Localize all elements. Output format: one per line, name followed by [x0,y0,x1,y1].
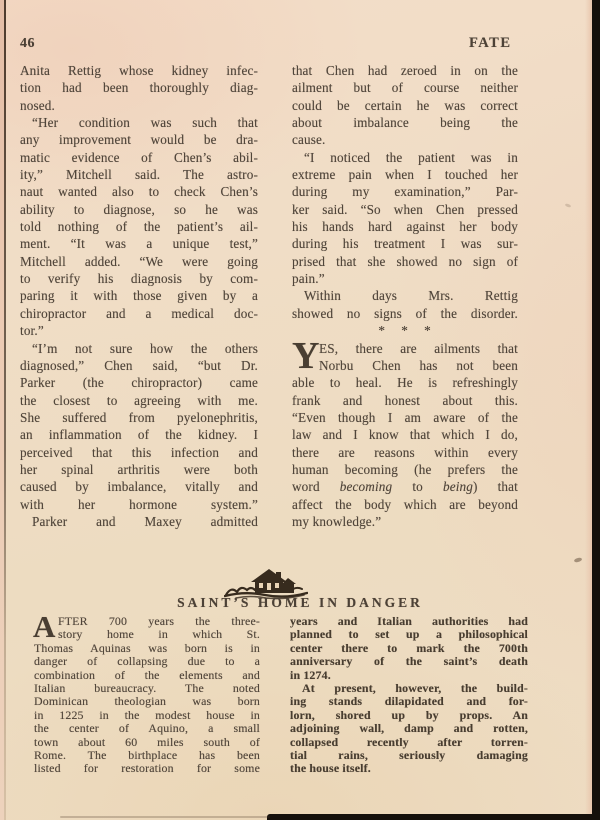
text-line: “I noticed the patient was in [292,149,518,166]
text-line: nosed. [20,97,258,114]
text-line: She suffered from pyelonephritis, [20,409,258,426]
text-line: adjoining wall, damp and rotten, [290,722,528,735]
text-line: center there to mark the 700th [290,642,528,655]
article-column-left: Anita Rettig whose kidney infec-tion had… [20,62,258,530]
text-line: lorn, shored up by props. An [290,709,528,722]
text-line: in 1274. [290,669,528,682]
text-line: caused by imbalance, vitally and [20,478,258,495]
text-line: about imbalance being the [292,114,518,131]
text-line: Dominican theologian was born [34,695,260,708]
paper-speck [565,203,572,208]
text-line: ing stands dilapidated and for- [290,695,528,708]
text-line: years and Italian authorities had [290,615,528,628]
text-line: chiropractor and a medical doc- [20,305,258,322]
text-line: collapsed recently after torren- [290,736,528,749]
dropcap-letter-a: A [33,612,56,642]
text-line: able to heal. He is refreshingly [292,374,518,391]
text-line: an inflammation of the kidney. I [20,426,258,443]
text-line: danger of collapsing due to a [34,655,260,668]
text-line: story home in which St. [34,628,260,641]
right-scan-bar [592,0,600,820]
text-line: ity,” Mitchell said. The astro- [20,166,258,183]
text-line: combination of the elements and [34,669,260,682]
text-line: perceived that this infection and [20,444,258,461]
text-line: there are reasons within every [292,444,518,461]
text-line: ability to diagnose, so he was [20,201,258,218]
text-line: my knowledge.” [292,513,518,530]
text-line: to verify his diagnosis by com- [20,270,258,287]
text-line: anniversary of the saint’s death [290,655,528,668]
text-line: the house itself. [290,762,528,775]
text-line: tion had been thoroughly diag- [20,79,258,96]
page-number: 46 [20,36,35,52]
text-line: tor.” [20,322,258,339]
text-line: planned to set up a philosophical [290,628,528,641]
text-line: law and I know that which I do, [292,426,518,443]
text-line: town about 60 miles south of [34,736,260,749]
magazine-page: 46 FATE Anita Rettig whose kidney infec-… [0,0,600,820]
text-line: diagnosed,” Chen said, “but Dr. [20,357,258,374]
saints-column-right: years and Italian authorities hadplanned… [290,615,528,776]
text-line: Parker and Maxey admitted [20,513,258,530]
text-line: ker said. “So when Chen pressed [292,201,518,218]
text-line: * * * [292,322,518,339]
text-line: his hands hard against her body [292,218,518,235]
magazine-title: FATE [469,35,512,52]
text-line: ailment but of course neither [292,79,518,96]
text-line: in 1225 in the modest house in [34,709,260,722]
text-line: affect the body which are beyond [292,496,518,513]
text-line: pain.” [292,270,518,287]
text-line: showed no signs of the disorder. [292,305,518,322]
article-column-right: Y that Chen had zeroed in on theailment … [292,62,518,530]
text-line: Parker (the chiropractor) came [20,374,258,391]
text-line: that Chen had zeroed in on the [292,62,518,79]
text-line: paring it with those given by a [20,287,258,304]
section-title: SAINT’S HOME IN DANGER [0,595,600,611]
text-line: Anita Rettig whose kidney infec- [20,62,258,79]
text-line: told nothing of the patient’s ail- [20,218,258,235]
text-line: Mitchell added. “We were going [20,253,258,270]
right-page-edge [585,0,592,820]
text-line: Norbu Chen has not been [292,357,518,374]
text-line: the closest to agreeing with me. [20,392,258,409]
text-line: the center of Aquino, a small [34,722,260,735]
text-line: Within days Mrs. Rettig [292,287,518,304]
bottom-scan-bar [267,814,592,820]
dropcap-letter-y: Y [292,338,320,374]
text-line: any improvement would be dra- [20,131,258,148]
text-line: extreme pain when I touched her [292,166,518,183]
text-line: matic evidence of Chen’s abil- [20,149,258,166]
text-line: FTER 700 years the three- [34,615,260,628]
text-line: “I’m not sure how the others [20,340,258,357]
left-edge-shadow-line [4,0,6,820]
text-line: listed for restoration for some [34,762,260,775]
text-line: during my examination,” Par- [292,183,518,200]
text-line: her spinal arthritis were both [20,461,258,478]
text-line: “Her condition was such that [20,114,258,131]
text-line: naut wanted also to check Chen’s [20,183,258,200]
text-line: prised that she showed no sign of [292,253,518,270]
text-line: word becoming to being) that [292,478,518,495]
bottom-edge-shadow [60,816,270,818]
text-line: ment. “It was a unique test,” [20,235,258,252]
paper-speck [574,557,583,563]
text-line: Rome. The birthplace has been [34,749,260,762]
text-line: with her hormone system.” [20,496,258,513]
text-line: during his treatment I was sur- [292,235,518,252]
text-line: Italian bureaucracy. The noted [34,682,260,695]
text-line: ES, there are ailments that [292,340,518,357]
text-line: At present, however, the build- [290,682,528,695]
text-line: human becoming (he prefers the [292,461,518,478]
text-line: cause. [292,131,518,148]
saints-column-left: A FTER 700 years the three-story home in… [34,615,260,776]
text-line: frank and honest about this. [292,392,518,409]
text-line: could be certain he was correct [292,97,518,114]
text-line: “Even though I am aware of the [292,409,518,426]
text-line: tial rains, seriously damaging [290,749,528,762]
text-line: Thomas Aquinas was born is in [34,642,260,655]
